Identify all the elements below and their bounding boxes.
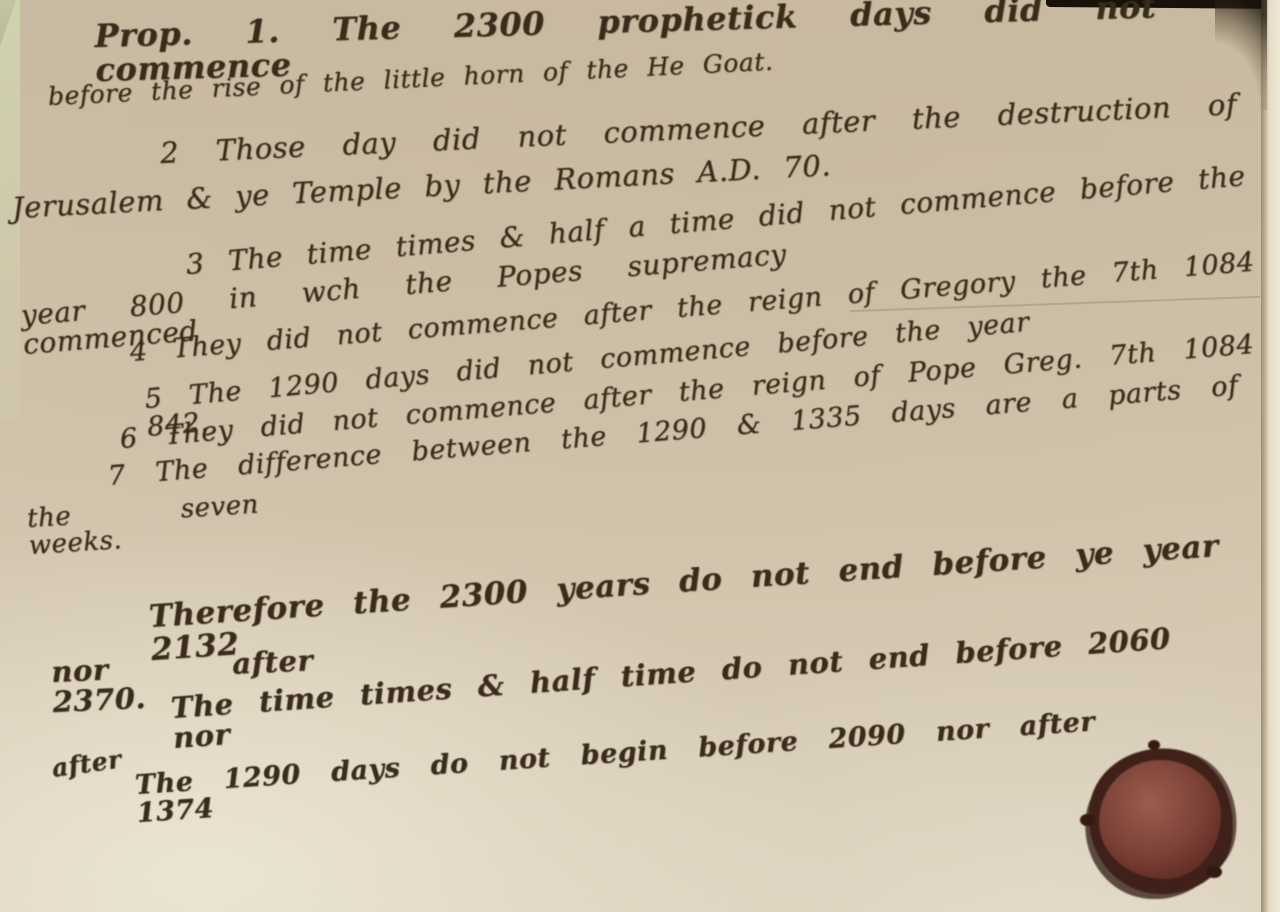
red-wax-seal <box>1088 748 1234 894</box>
wax-seal-speck <box>1148 740 1160 750</box>
manuscript-line: after <box>50 744 137 782</box>
wax-seal-center <box>1099 760 1221 879</box>
wax-seal-speck <box>1080 814 1094 826</box>
manuscript-photo: Prop. 1. The 2300 prophetick days did no… <box>0 0 1280 912</box>
wax-seal-speck <box>1206 866 1222 878</box>
manuscript-line: the seven weeks. <box>26 491 261 560</box>
